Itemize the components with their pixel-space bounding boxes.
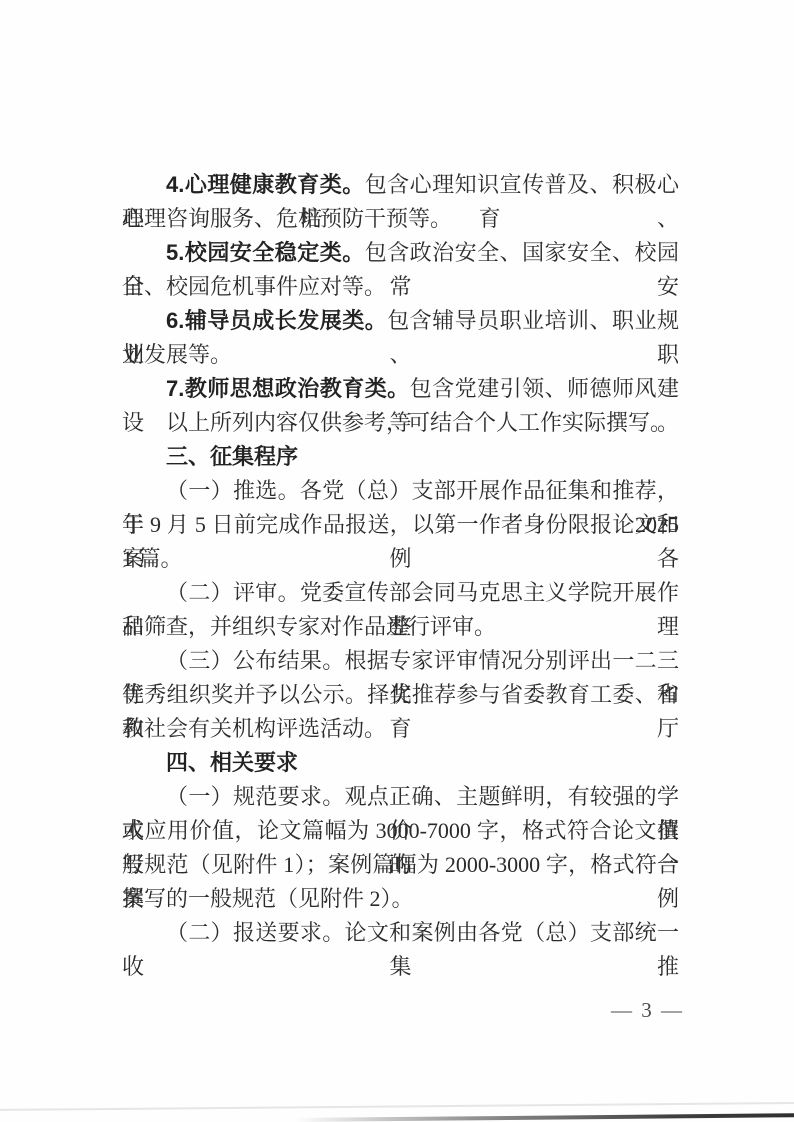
text-line: 6.辅导员成长发展类。包含辅导员职业培训、职业规划、职	[122, 304, 679, 338]
line-text: 全、校园危机事件应对等。	[122, 274, 386, 299]
section-heading: 三、征集程序	[122, 440, 679, 474]
bold-lead-text: 7.教师思想政治教育类。	[166, 376, 410, 401]
text-line: 7.教师思想政治教育类。包含党建引领、师德师风建设等。	[122, 372, 679, 406]
text-line: 年 9 月 5 日前完成作品报送，以第一作者身份限报论文和案例各	[122, 508, 679, 542]
line-text: 年 9 月 5 日前完成作品报送，以第一作者身份限报论文和案例各	[122, 512, 679, 571]
text-line: （一）推选。各党（总）支部开展作品征集和推荐，于 2025	[122, 474, 679, 508]
bold-lead-text: 四、相关要求	[166, 750, 298, 775]
line-text: 和筛查，并组织专家对作品进行评审。	[122, 614, 496, 639]
text-line: （三）公布结果。根据专家评审情况分别评出一二三等奖和	[122, 644, 679, 678]
line-text: 心理咨询服务、危机预防干预等。	[122, 206, 452, 231]
text-line: 般规范（见附件 1）；案例篇幅为 2000-3000 字，格式符合案例	[122, 848, 679, 882]
bold-lead-text: 5.校园安全稳定类。	[166, 240, 365, 265]
bold-lead-text: 4.心理健康教育类。	[166, 172, 365, 197]
bold-lead-text: 6.辅导员成长发展类。	[166, 308, 387, 333]
line-text: 以上所列内容仅供参考，可结合个人工作实际撰写。	[166, 410, 672, 435]
text-line: 以上所列内容仅供参考，可结合个人工作实际撰写。	[122, 406, 679, 440]
document-body: 4.心理健康教育类。包含心理知识宣传普及、积极心理培育、心理咨询服务、危机预防干…	[122, 168, 679, 950]
text-line: （二）评审。党委宣传部会同马克思主义学院开展作品整理	[122, 576, 679, 610]
text-line: 优秀组织奖并予以公示。择优推荐参与省委教育工委、省教育厅	[122, 678, 679, 712]
text-line: （二）报送要求。论文和案例由各党（总）支部统一收集推	[122, 916, 679, 950]
line-text: 1 篇。	[122, 546, 183, 571]
text-line: 4.心理健康教育类。包含心理知识宣传普及、积极心理培育、	[122, 168, 679, 202]
bold-lead-text: 三、征集程序	[166, 444, 298, 469]
text-line: 或应用价值，论文篇幅为 3000-7000 字，格式符合论文撰写的一	[122, 814, 679, 848]
scanned-document-page: 4.心理健康教育类。包含心理知识宣传普及、积极心理培育、心理咨询服务、危机预防干…	[0, 0, 794, 1122]
line-text: 撰写的一般规范（见附件 2）。	[122, 886, 414, 911]
line-text: （二）报送要求。论文和案例由各党（总）支部统一收集推	[122, 920, 679, 979]
line-text: 业发展等。	[122, 342, 232, 367]
line-text: 和社会有关机构评选活动。	[122, 716, 386, 741]
scan-shadow-band	[295, 1113, 794, 1122]
section-heading: 四、相关要求	[122, 746, 679, 780]
text-line: （一）规范要求。观点正确、主题鲜明，有较强的学术价值	[122, 780, 679, 814]
page-number: — 3 —	[611, 998, 684, 1023]
text-line: 5.校园安全稳定类。包含政治安全、国家安全、校园日常安	[122, 236, 679, 270]
scan-page-edge-line	[0, 1102, 794, 1111]
